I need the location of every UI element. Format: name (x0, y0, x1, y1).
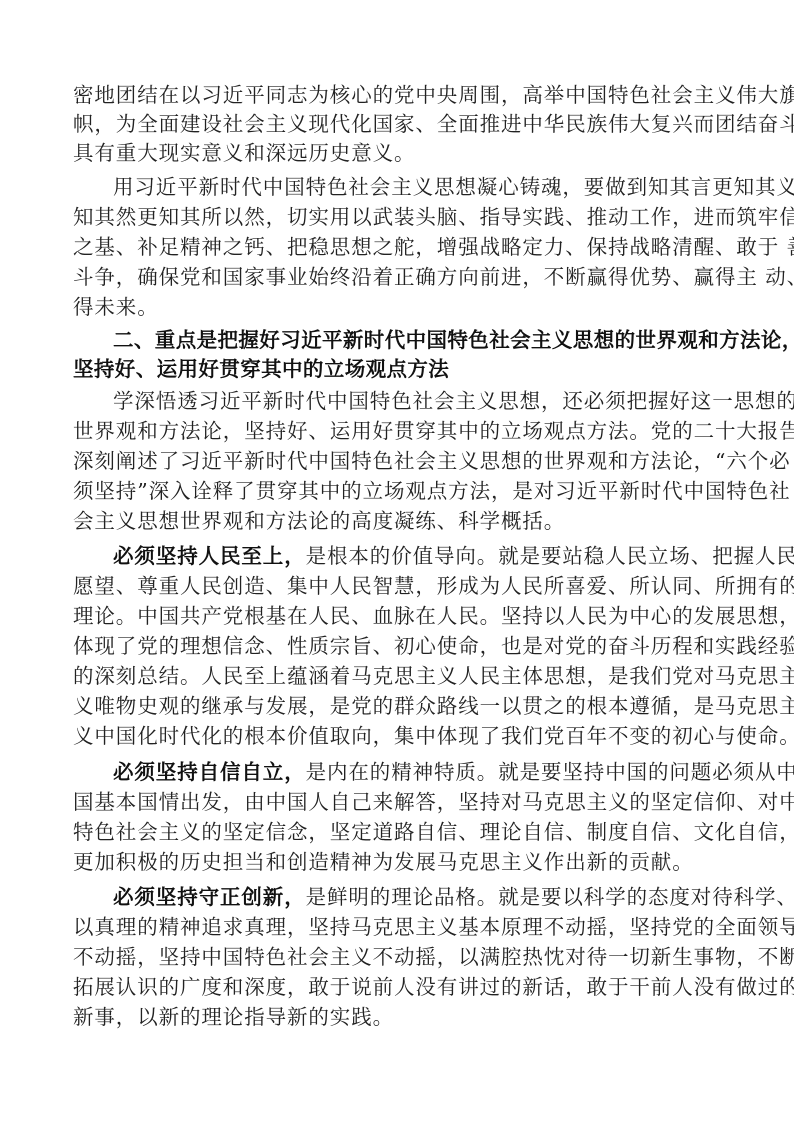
paragraph-4-line-6: 义唯物史观的继承与发展，是党的群众路线一以贯之的根本遵循，是马克思主 (73, 692, 713, 721)
paragraph-6-line-3: 不动摇，坚持中国特色社会主义不动摇，以满腔热忱对待一切新生事物，不断 (73, 943, 713, 972)
paragraph-6-lead: 必须坚持守正创新， (113, 885, 306, 909)
paragraph-4-line-2: 愿望、尊重人民创造、集中人民智慧，形成为人民所喜爱、所认同、所拥有的 (73, 572, 713, 601)
paragraph-5-line-2: 国基本国情出发，由中国人自己来解答，坚持对马克思主义的坚定信仰、对中 国 (73, 788, 713, 817)
paragraph-2-line-3: 之基、补足精神之钙、把稳思想之舵，增强战略定力、保持战略清醒、敢于 善于 (73, 233, 713, 262)
paragraph-5-line-1-text: 是内在的精神特质。就是要坚持中国的问题必须从中 (306, 760, 794, 784)
paragraph-3-line-2: 世界观和方法论，坚持好、运用好贯穿其中的立场观点方法。党的二十大报告 (73, 417, 713, 446)
paragraph-1-line-3: 具有重大现实意义和深远历史意义。 (73, 139, 713, 168)
paragraph-5-line-3: 特色社会主义的坚定信念，坚定道路自信、理论自信、制度自信、文化自信， 以 (73, 818, 713, 847)
paragraph-3-line-1: 学深悟透习近平新时代中国特色社会主义思想，还必须把握好这一思想的 (113, 387, 713, 416)
paragraph-3-line-5: 会主义思想世界观和方法论的高度凝练、科学概括。 (73, 507, 713, 536)
paragraph-6-line-1: 必须坚持守正创新，是鲜明的理论品格。就是要以科学的态度对待科学、 (113, 883, 713, 912)
paragraph-3-line-3: 深刻阐述了习近平新时代中国特色社会主义思想的世界观和方法论，“六个必 (73, 447, 713, 476)
document-page: 密地团结在以习近平同志为核心的党中央周围，高举中国特色社会主义伟大旗 帜，为全面… (0, 0, 794, 1123)
paragraph-4-line-5: 的深刻总结。人民至上蕴涵着马克思主义人民主体思想，是我们党对马克思主 (73, 662, 713, 691)
paragraph-6-line-5: 新事，以新的理论指导新的实践。 (73, 1003, 713, 1032)
paragraph-2-line-2: 知其然更知其所以然，切实用以武装头脑、指导实践、推动工作，进而筑牢信 仰 (73, 203, 713, 232)
paragraph-2-line-5: 得未来。 (73, 293, 713, 322)
paragraph-5-line-4: 更加积极的历史担当和创造精神为发展马克思主义作出新的贡献。 (73, 848, 713, 877)
paragraph-4-line-1-text: 是根本的价值导向。就是要站稳人民立场、把握人民 (306, 544, 794, 568)
paragraph-4-line-3: 理论。中国共产党根基在人民、血脉在人民。坚持以人民为中心的发展思想， (73, 602, 713, 631)
paragraph-2-line-4: 斗争，确保党和国家事业始终沿着正确方向前进，不断赢得优势、赢得主 动、赢 (73, 263, 713, 292)
section-heading-line-1: 二、重点是把握好习近平新时代中国特色社会主义思想的世界观和方法论， (113, 326, 713, 355)
paragraph-3-line-4: 须坚持”深入诠释了贯穿其中的立场观点方法，是对习近平新时代中国特色社 (73, 477, 713, 506)
paragraph-5-lead: 必须坚持自信自立， (113, 760, 306, 784)
paragraph-1-line-1: 密地团结在以习近平同志为核心的党中央周围，高举中国特色社会主义伟大旗 (73, 81, 713, 110)
paragraph-6-line-1-text: 是鲜明的理论品格。就是要以科学的态度对待科学、 (306, 885, 794, 909)
paragraph-4-line-7: 义中国化时代化的根本价值取向，集中体现了我们党百年不变的初心与使命。 (73, 722, 713, 751)
paragraph-1-line-2: 帜，为全面建设社会主义现代化国家、全面推进中华民族伟大复兴而团结奋斗， (73, 110, 713, 139)
paragraph-2-line-1: 用习近平新时代中国特色社会主义思想凝心铸魂，要做到知其言更知其义、 (113, 173, 713, 202)
paragraph-4-line-1: 必须坚持人民至上，是根本的价值导向。就是要站稳人民立场、把握人民 (113, 542, 713, 571)
paragraph-6-line-2: 以真理的精神追求真理，坚持马克思主义基本原理不动摇，坚持党的全面领导 (73, 913, 713, 942)
paragraph-5-line-1: 必须坚持自信自立，是内在的精神特质。就是要坚持中国的问题必须从中 (113, 758, 713, 787)
section-heading-line-2: 坚持好、运用好贯穿其中的立场观点方法 (73, 355, 713, 384)
paragraph-4-lead: 必须坚持人民至上， (113, 544, 306, 568)
paragraph-4-line-4: 体现了党的理想信念、性质宗旨、初心使命，也是对党的奋斗历程和实践经验 (73, 632, 713, 661)
paragraph-6-line-4: 拓展认识的广度和深度，敢于说前人没有讲过的新话，敢于干前人没有做过的 (73, 973, 713, 1002)
